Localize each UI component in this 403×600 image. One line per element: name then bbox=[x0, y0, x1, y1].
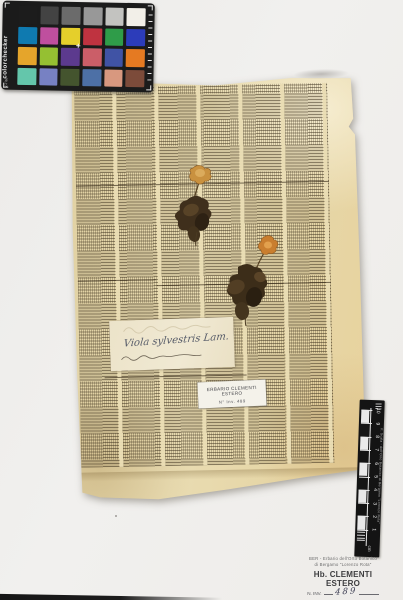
color-patch-r1c2 bbox=[40, 6, 59, 24]
color-checker-card: colorchecker x-rite + bbox=[1, 1, 155, 93]
color-patch-r1c4 bbox=[83, 7, 102, 25]
color-patch-r1c6 bbox=[127, 8, 146, 26]
color-patch-r3c1 bbox=[18, 47, 37, 65]
ruler-cm-block-1-2 bbox=[357, 516, 365, 530]
color-patch-r4c6 bbox=[126, 69, 145, 87]
printed-label-number: N° Inv. 489 bbox=[198, 398, 266, 406]
color-patch-r2c6 bbox=[126, 28, 145, 46]
color-patch-r4c3 bbox=[61, 68, 80, 86]
color-patch-r3c4 bbox=[83, 48, 102, 66]
color-patch-r3c3 bbox=[61, 48, 80, 66]
color-patch-r2c4 bbox=[83, 28, 102, 46]
registration-mark-icon bbox=[148, 5, 153, 10]
handwriting-note-line bbox=[118, 351, 204, 364]
ruler-unit-label: cm bbox=[367, 545, 372, 551]
color-patch-r2c1 bbox=[18, 26, 37, 44]
color-patch-r4c2 bbox=[39, 68, 58, 86]
registration-mark-icon bbox=[146, 85, 151, 90]
color-patch-r1c1 bbox=[18, 6, 37, 24]
color-patch-r1c3 bbox=[62, 7, 81, 25]
color-patch-r4c5 bbox=[104, 69, 123, 87]
ruler-mm-line bbox=[357, 537, 365, 538]
printed-label-title: ERBARIO CLEMENTI ESTERO bbox=[198, 385, 266, 398]
ruler-mm-line bbox=[357, 532, 365, 533]
garden-logo-icon bbox=[375, 402, 381, 409]
inventory-dash bbox=[359, 594, 379, 595]
color-patch-r1c5 bbox=[105, 8, 124, 26]
inventory-row: N. INV. 489 bbox=[297, 589, 389, 596]
color-patch-r3c5 bbox=[104, 49, 123, 67]
herbarium-scan: Viola sylvestris Lam. ERBARIO CLEMENTI E… bbox=[0, 0, 403, 600]
ruler-mm-line bbox=[357, 540, 365, 541]
ruler-number-9: 9 bbox=[372, 418, 381, 428]
scanner-edge bbox=[0, 593, 222, 600]
ruler-cm-block-5-6 bbox=[359, 463, 367, 477]
color-patch-r4c4 bbox=[82, 69, 101, 87]
handwritten-label: Viola sylvestris Lam. bbox=[109, 317, 235, 371]
paper-edge-shadow bbox=[293, 68, 349, 80]
color-checker-brand: colorchecker bbox=[2, 9, 9, 79]
card-edge-ticks bbox=[147, 14, 152, 80]
ruler-cm-block-7-8 bbox=[360, 436, 368, 450]
paper-fold-shadow bbox=[79, 467, 361, 482]
plant-specimen-lower bbox=[216, 233, 280, 327]
stamp-line1: BER - Erbario dell'Orto Botanico bbox=[297, 556, 389, 561]
color-patch-r3c2 bbox=[39, 47, 58, 65]
color-checker-center-mark: + bbox=[76, 42, 81, 50]
ruler-mm-line bbox=[357, 535, 365, 536]
scale-bar: 12345678910 cm Il. Scala - dell'Orto Bot… bbox=[354, 400, 384, 558]
stamp-line2: di Bergamo "Lorenzo Rota" bbox=[297, 562, 389, 567]
color-patch-r3c6 bbox=[126, 49, 145, 67]
color-checker-grid bbox=[17, 6, 145, 87]
printed-label: ERBARIO CLEMENTI ESTERO N° Inv. 489 bbox=[197, 380, 266, 409]
inventory-number: 489 bbox=[334, 588, 357, 597]
newspaper-rule bbox=[77, 280, 155, 283]
herbarium-name: Hb. CLEMENTI ESTERO bbox=[297, 570, 389, 588]
inventory-label: N. INV. bbox=[307, 591, 321, 596]
newspaper-text-columns bbox=[74, 83, 334, 468]
color-patch-r4c1 bbox=[17, 67, 36, 85]
dust-speck bbox=[115, 515, 117, 517]
ruler-cm-block-3-4 bbox=[358, 489, 366, 503]
herbarium-stamp: BER - Erbario dell'Orto Botanico di Berg… bbox=[297, 556, 389, 596]
registration-mark-icon bbox=[3, 83, 8, 88]
inventory-dash bbox=[324, 594, 333, 595]
color-patch-r2c5 bbox=[105, 28, 124, 46]
color-patch-r2c2 bbox=[40, 27, 59, 45]
ruler-cm-block-9-10 bbox=[361, 410, 369, 424]
registration-mark-icon bbox=[5, 3, 10, 8]
newspaper-rule bbox=[105, 374, 247, 378]
